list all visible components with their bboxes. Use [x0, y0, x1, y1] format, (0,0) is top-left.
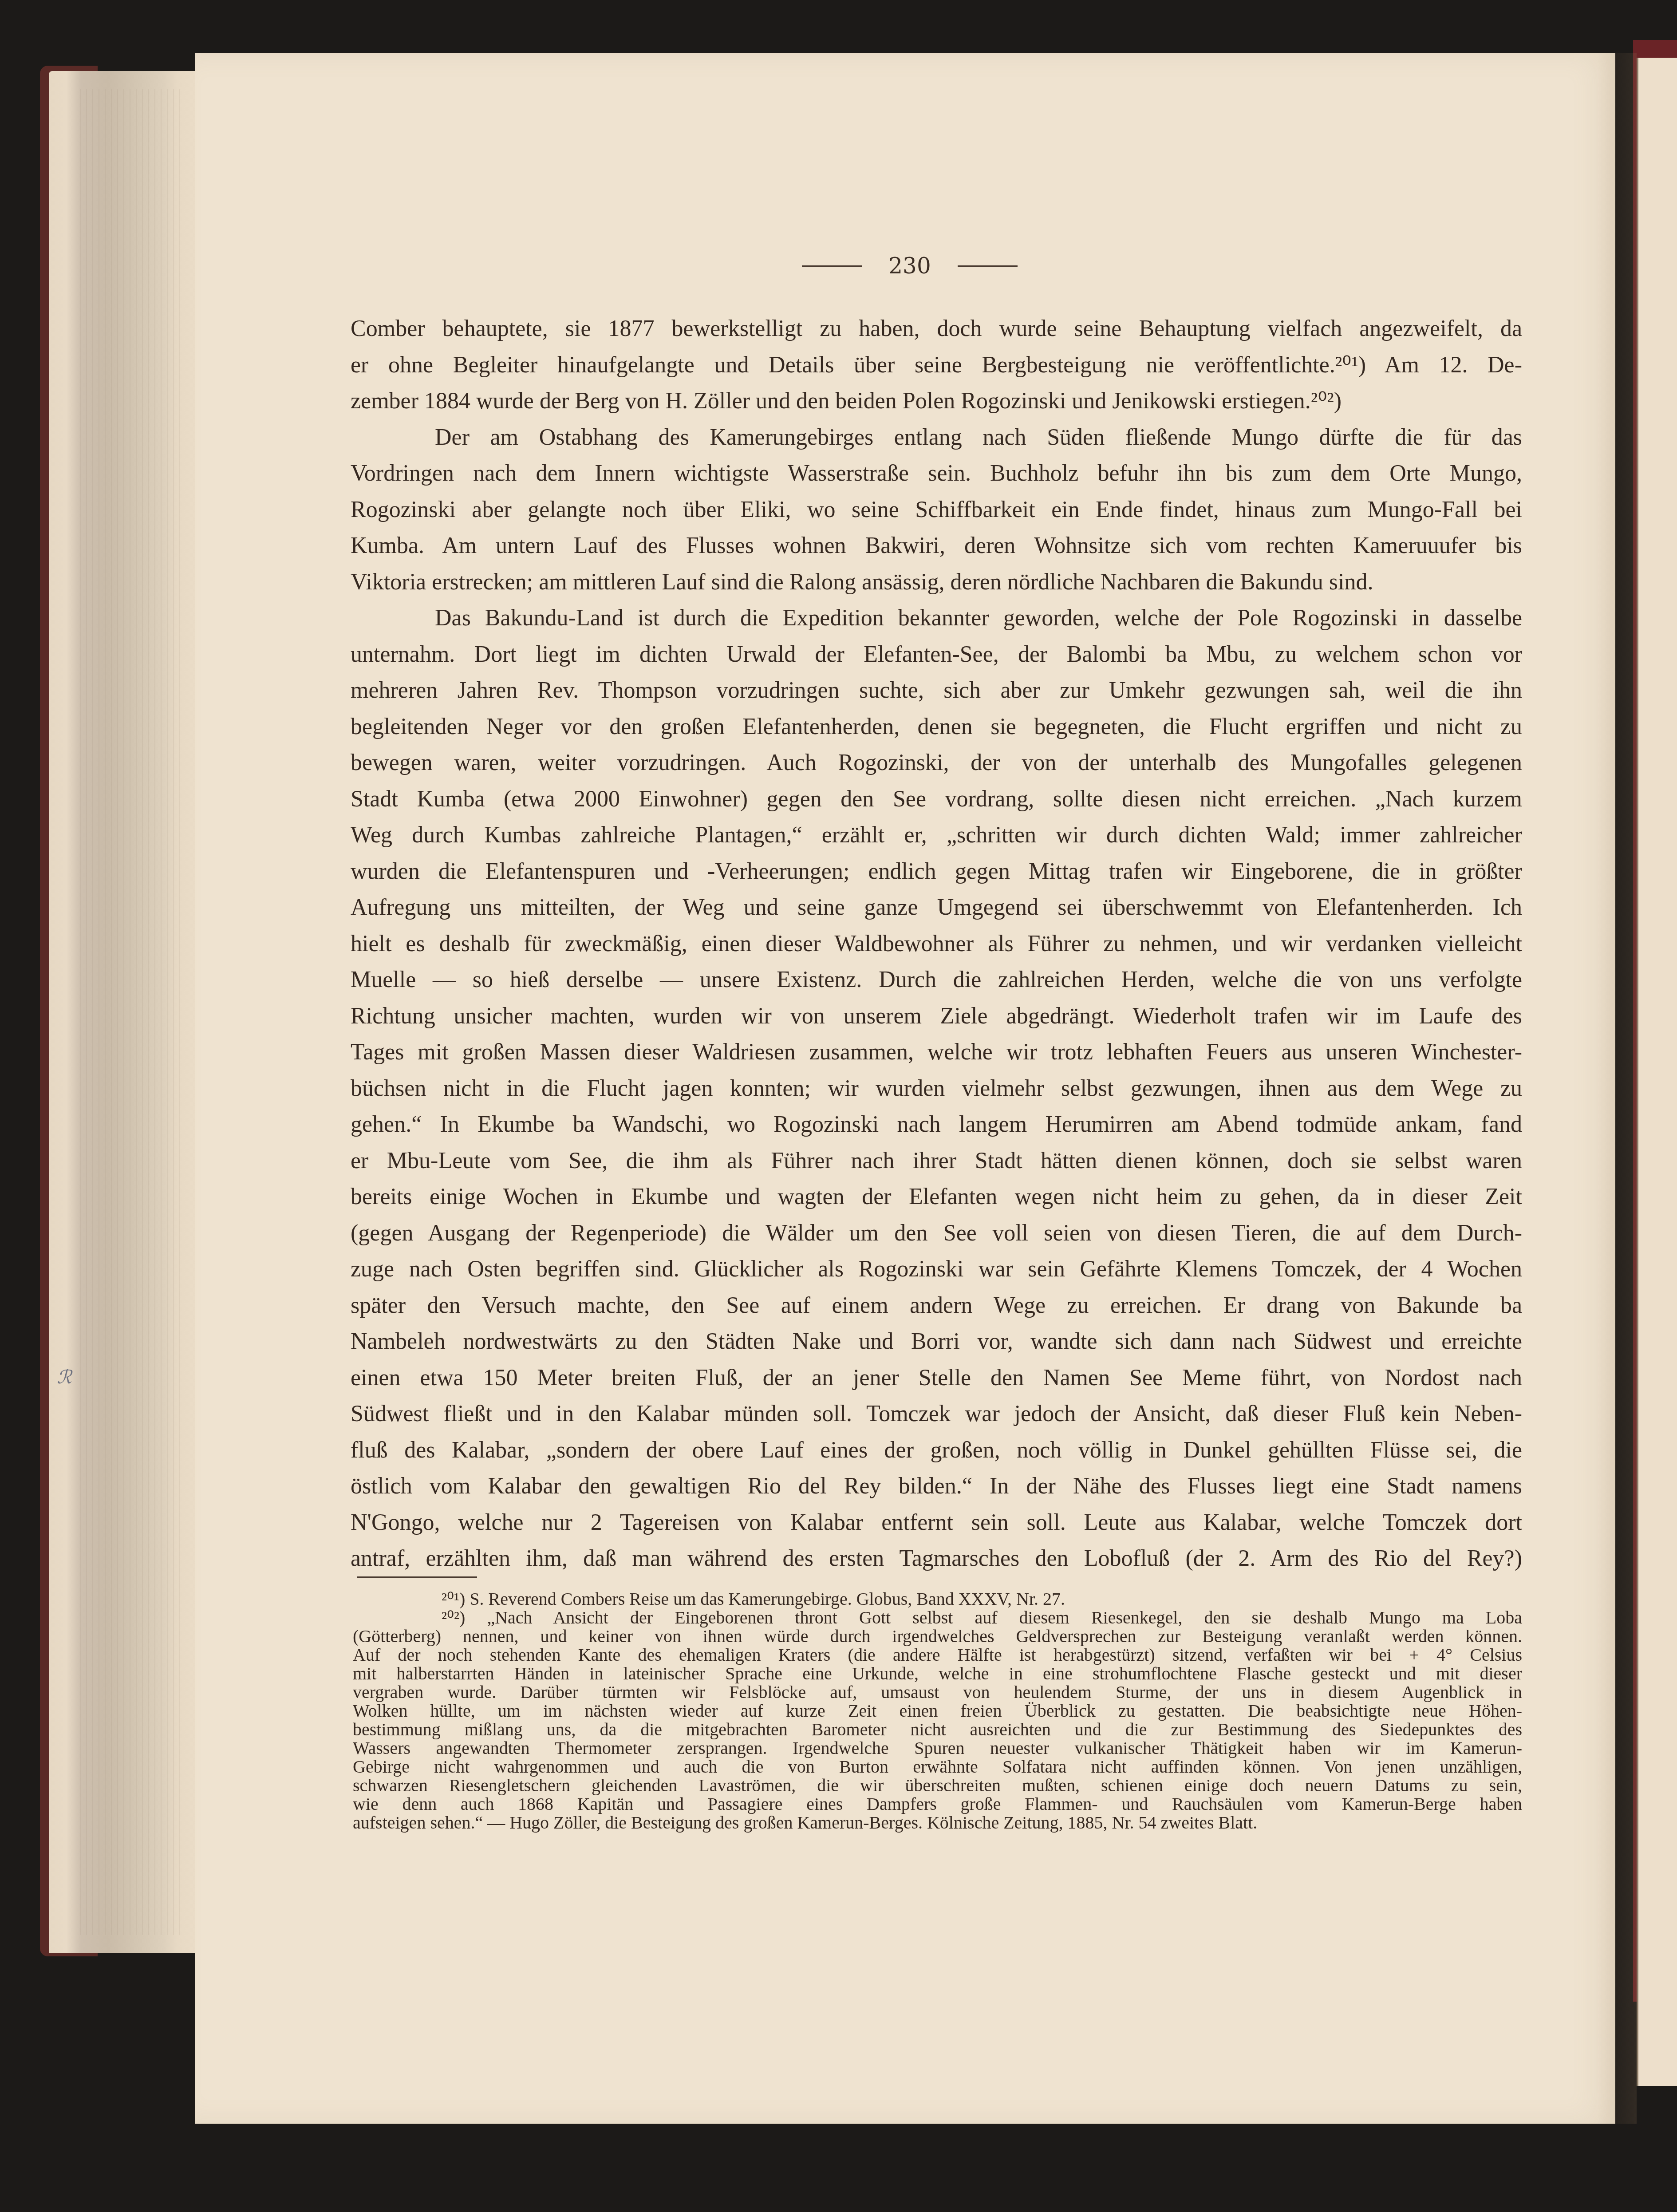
text-line: unternahm. Dort liegt im dichten Urwald …	[351, 636, 1522, 673]
footnote-line: vergraben wurde. Darüber türmten wir Fel…	[353, 1683, 1522, 1702]
text-line: hielt es deshalb für zweckmäßig, einen d…	[351, 926, 1522, 962]
header-rule-left	[802, 265, 862, 267]
text-line: Vordringen nach dem Innern wichtigste Wa…	[351, 455, 1522, 492]
text-line: (gegen Ausgang der Regenperiode) die Wäl…	[351, 1215, 1522, 1252]
text-line: Tages mit großen Massen dieser Waldriese…	[351, 1034, 1522, 1070]
text-line: Muelle — so hieß derselbe — unsere Exist…	[351, 962, 1522, 998]
text-line: Südwest fließt und in den Kalabar münden…	[351, 1396, 1522, 1432]
body-text: Comber behauptete, sie 1877 bewerkstelli…	[351, 311, 1522, 1577]
text-line: wurden die Elefantenspuren und -Verheeru…	[351, 853, 1522, 890]
text-line: bereits einige Wochen in Ekumbe und wagt…	[351, 1179, 1522, 1215]
footnote-separator	[357, 1576, 477, 1578]
gutter-shadow	[1598, 53, 1637, 2124]
footnote-line: (Götterberg) nennen, und keiner von ihne…	[353, 1627, 1522, 1646]
header-rule-right	[958, 265, 1018, 267]
text-line: Rogozinski aber gelangte noch über Eliki…	[351, 492, 1522, 528]
footnote-line: bestimmung mißlang uns, da die mitgebrac…	[353, 1720, 1522, 1739]
footnote-line: Wolken hüllte, um im nächsten wieder auf…	[353, 1702, 1522, 1720]
text-line: begleitenden Neger vor den großen Elefan…	[351, 709, 1522, 745]
text-line: zuge nach Osten begriffen sind. Glücklic…	[351, 1251, 1522, 1288]
text-line: fluß des Kalabar, „sondern der obere Lau…	[351, 1432, 1522, 1469]
footnote-line: mit halberstarrten Händen in lateinische…	[353, 1664, 1522, 1683]
text-line: Comber behauptete, sie 1877 bewerkstelli…	[351, 311, 1522, 347]
text-line: später den Versuch machte, den See auf e…	[351, 1288, 1522, 1324]
footnote-line: wie denn auch 1868 Kapitän und Passagier…	[353, 1795, 1522, 1813]
text-line: gehen.“ In Ekumbe ba Wandschi, wo Rogozi…	[351, 1106, 1522, 1143]
footnotes: ²⁰¹) S. Reverend Combers Reise um das Ka…	[353, 1590, 1522, 1832]
text-line: Stadt Kumba (etwa 2000 Einwohner) gegen …	[351, 781, 1522, 818]
footnote-line: aufsteigen sehen.“ — Hugo Zöller, die Be…	[353, 1813, 1522, 1832]
page-number: 230	[888, 253, 931, 279]
text-line: östlich vom Kalabar den gewaltigen Rio d…	[351, 1468, 1522, 1505]
text-line: bewegen waren, weiter vorzudringen. Auch…	[351, 745, 1522, 781]
text-line: Viktoria erstrecken; am mittleren Lauf s…	[351, 564, 1522, 600]
paragraph-start-line: Der am Ostabhang des Kamerungebirges ent…	[351, 419, 1522, 456]
text-line: er ohne Begleiter hinaufgelangte und Det…	[351, 347, 1522, 383]
text-line: antraf, erzählten ihm, daß man während d…	[351, 1540, 1522, 1577]
footnote-line: Gebirge nicht wahrgenommen und auch die …	[353, 1758, 1522, 1776]
page-edges-stripes	[80, 89, 182, 1935]
text-line: N'Gongo, welche nur 2 Tagereisen von Kal…	[351, 1505, 1522, 1541]
footnote-201: ²⁰¹) S. Reverend Combers Reise um das Ka…	[353, 1590, 1522, 1608]
footnote-202: ²⁰²) „Nach Ansicht der Eingeborenen thro…	[353, 1608, 1522, 1627]
footnote-line: schwarzen Riesengletschern gleichenden L…	[353, 1776, 1522, 1795]
text-line: Nambeleh nordwestwärts zu den Städten Na…	[351, 1323, 1522, 1360]
pencil-margin-annotation: ℛ	[57, 1366, 72, 1388]
page-header: 230	[754, 253, 1065, 279]
text-line: büchsen nicht in die Flucht jagen konnte…	[351, 1070, 1522, 1107]
text-line: mehreren Jahren Rev. Thompson vorzudring…	[351, 672, 1522, 709]
text-line: Weg durch Kumbas zahlreiche Plantagen,“ …	[351, 817, 1522, 853]
text-line: Aufregung uns mitteilten, der Weg und se…	[351, 889, 1522, 926]
facing-page-edge	[1637, 58, 1677, 2086]
text-line: Kumba. Am untern Lauf des Flusses wohnen…	[351, 528, 1522, 564]
text-line: Richtung unsicher machten, wurden wir vo…	[351, 998, 1522, 1035]
paragraph-start-line: Das Bakundu-Land ist durch die Expeditio…	[351, 600, 1522, 636]
text-line: einen etwa 150 Meter breiten Fluß, der a…	[351, 1360, 1522, 1396]
text-line: er Mbu-Leute vom See, die ihm als Führer…	[351, 1143, 1522, 1179]
footnote-line: Auf der noch stehenden Kante des ehemali…	[353, 1646, 1522, 1664]
text-line: zember 1884 wurde der Berg von H. Zöller…	[351, 383, 1522, 419]
footnote-line: Wassers angewandten Thermometer zerspran…	[353, 1739, 1522, 1758]
